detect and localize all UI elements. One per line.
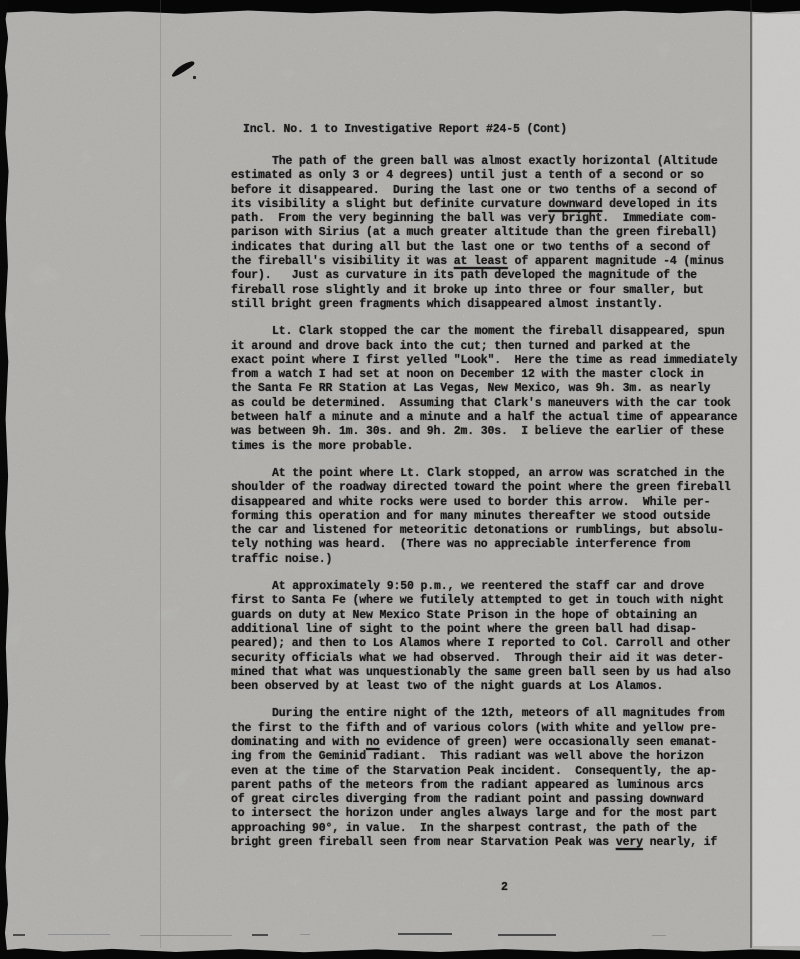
text-line: of great circles diverging from the radi… bbox=[231, 793, 755, 807]
text-segment: before it disappeared. During the last o… bbox=[231, 184, 717, 197]
text-segment: the fireball's visibility it was bbox=[231, 255, 454, 268]
text-segment: as could be determined. Assuming that Cl… bbox=[231, 397, 731, 410]
document-header: Incl. No. 1 to Investigative Report #24-… bbox=[243, 123, 567, 136]
text-segment: traffic noise.) bbox=[231, 553, 332, 566]
text-line: disappeared and white rocks were used to… bbox=[231, 496, 755, 510]
text-line: the car and listened for meteoritic deto… bbox=[231, 524, 755, 538]
text-line: to intersect the horizon under angles al… bbox=[231, 807, 755, 821]
ink-blot-mark bbox=[171, 61, 199, 83]
text-line: traffic noise.) bbox=[231, 553, 755, 567]
text-segment: guards on duty at New Mexico State Priso… bbox=[231, 609, 697, 622]
scan-dash bbox=[140, 935, 232, 936]
text-segment: even at the time of the Starvation Peak … bbox=[231, 765, 717, 778]
text-segment: mined that what was unquestionably the s… bbox=[231, 666, 731, 679]
text-line: still bright green fragments which disap… bbox=[231, 298, 755, 312]
text-segment: At approximately 9:50 p.m., we reentered… bbox=[272, 580, 704, 593]
text-segment: the Santa Fe RR Station at Las Vegas, Ne… bbox=[231, 382, 710, 395]
scan-dash bbox=[652, 935, 666, 936]
text-segment: from a watch I had set at noon on Decemb… bbox=[231, 368, 704, 381]
text-line: additional line of sight to the point wh… bbox=[231, 623, 755, 637]
text-line: estimated as only 3 or 4 degrees) until … bbox=[231, 169, 755, 183]
page-number: 2 bbox=[501, 881, 508, 894]
text-line: between half a minute and a minute and a… bbox=[231, 411, 755, 425]
text-segment: times is the more probable. bbox=[231, 440, 413, 453]
text-segment: evidence of green) were occasionally see… bbox=[380, 736, 718, 749]
scan-edge-top bbox=[0, 0, 800, 15]
text-line: mined that what was unquestionably the s… bbox=[231, 666, 755, 680]
text-line: times is the more probable. bbox=[231, 440, 755, 454]
text-segment: bright green fireball seen from near Sta… bbox=[231, 836, 616, 849]
text-segment: ing from the Geminid radiant. This radia… bbox=[231, 750, 704, 763]
text-segment: The path of the green ball was almost ex… bbox=[272, 155, 718, 168]
scan-dash bbox=[398, 933, 452, 935]
paragraph: The path of the green ball was almost ex… bbox=[231, 155, 755, 312]
text-segment: four). Just as curvature in its path dev… bbox=[231, 269, 697, 282]
text-segment: shoulder of the roadway directed toward … bbox=[231, 481, 731, 494]
text-line: security officials what we had observed.… bbox=[231, 652, 755, 666]
text-line: exact point where I first yelled "Look".… bbox=[231, 354, 755, 368]
text-segment: disappeared and white rocks were used to… bbox=[231, 496, 710, 509]
text-segment: fireball rose slightly and it broke up i… bbox=[231, 284, 704, 297]
text-line: tely nothing was heard. (There was no ap… bbox=[231, 538, 755, 552]
text-block: The path of the green ball was almost ex… bbox=[231, 155, 755, 863]
text-segment: Lt. Clark stopped the car the moment the… bbox=[272, 325, 724, 338]
text-line: peared); and then to Los Alamos where I … bbox=[231, 637, 755, 651]
text-segment: approaching 90°, in value. In the sharpe… bbox=[231, 822, 697, 835]
text-segment: to intersect the horizon under angles al… bbox=[231, 807, 717, 820]
page-edge-strip bbox=[753, 14, 800, 946]
text-segment: first to Santa Fe (where we futilely att… bbox=[231, 594, 724, 607]
scan-dash bbox=[13, 934, 25, 936]
text-segment: tely nothing was heard. (There was no ap… bbox=[231, 538, 690, 551]
text-segment: exact point where I first yelled "Look".… bbox=[231, 354, 737, 367]
text-segment: of apparent magnitude -4 (minus bbox=[508, 255, 724, 268]
text-line: it around and drove back into the cut; t… bbox=[231, 340, 755, 354]
text-line: At approximately 9:50 p.m., we reentered… bbox=[231, 580, 755, 594]
text-line: Lt. Clark stopped the car the moment the… bbox=[231, 325, 755, 339]
text-segment: dominating and with bbox=[231, 736, 366, 749]
text-line: indicates that during all but the last o… bbox=[231, 241, 755, 255]
text-segment: developed in its bbox=[602, 198, 717, 211]
text-segment: the car and listened for meteoritic deto… bbox=[231, 524, 724, 537]
underlined-text: very bbox=[616, 836, 643, 849]
text-segment: estimated as only 3 or 4 degrees) until … bbox=[231, 169, 704, 182]
scan-edge-bottom bbox=[0, 946, 800, 959]
text-segment: During the entire night of the 12th, met… bbox=[272, 707, 724, 720]
text-line: path. From the very beginning the ball w… bbox=[231, 212, 755, 226]
text-line: as could be determined. Assuming that Cl… bbox=[231, 397, 755, 411]
text-segment: between half a minute and a minute and a… bbox=[231, 411, 737, 424]
paragraph: During the entire night of the 12th, met… bbox=[231, 707, 755, 850]
text-segment: of great circles diverging from the radi… bbox=[231, 793, 704, 806]
text-line: the first to the fifth and of various co… bbox=[231, 722, 755, 736]
text-line: During the entire night of the 12th, met… bbox=[231, 707, 755, 721]
text-segment: parison with Sirius (at a much greater a… bbox=[231, 226, 717, 239]
underlined-text: downward bbox=[548, 198, 602, 211]
text-line: ing from the Geminid radiant. This radia… bbox=[231, 750, 755, 764]
text-segment: parent paths of the meteors from the rad… bbox=[231, 779, 704, 792]
text-line: from a watch I had set at noon on Decemb… bbox=[231, 368, 755, 382]
text-line: four). Just as curvature in its path dev… bbox=[231, 269, 755, 283]
text-line: approaching 90°, in value. In the sharpe… bbox=[231, 822, 755, 836]
text-segment: it around and drove back into the cut; t… bbox=[231, 340, 690, 353]
text-line: even at the time of the Starvation Peak … bbox=[231, 765, 755, 779]
text-line: At the point where Lt. Clark stopped, an… bbox=[231, 467, 755, 481]
text-line: its visibility a slight but definite cur… bbox=[231, 198, 755, 212]
text-line: bright green fireball seen from near Sta… bbox=[231, 836, 755, 850]
text-segment: been observed by at least two of the nig… bbox=[231, 680, 663, 693]
paragraph: Lt. Clark stopped the car the moment the… bbox=[231, 325, 755, 454]
text-segment: forming this operation and for many minu… bbox=[231, 510, 710, 523]
text-segment: indicates that during all but the last o… bbox=[231, 241, 710, 254]
scan-dash bbox=[48, 934, 110, 935]
text-line: The path of the green ball was almost ex… bbox=[231, 155, 755, 169]
text-line: parison with Sirius (at a much greater a… bbox=[231, 226, 755, 240]
scan-edge-left bbox=[0, 0, 9, 952]
text-line: parent paths of the meteors from the rad… bbox=[231, 779, 755, 793]
text-segment: peared); and then to Los Alamos where I … bbox=[231, 637, 731, 650]
text-segment: path. From the very beginning the ball w… bbox=[231, 212, 717, 225]
text-line: been observed by at least two of the nig… bbox=[231, 680, 755, 694]
text-line: before it disappeared. During the last o… bbox=[231, 184, 755, 198]
text-segment: was between 9h. 1m. 30s. and 9h. 2m. 30s… bbox=[231, 425, 724, 438]
text-segment: still bright green fragments which disap… bbox=[231, 298, 663, 311]
paragraph: At the point where Lt. Clark stopped, an… bbox=[231, 467, 755, 567]
text-line: the Santa Fe RR Station at Las Vegas, Ne… bbox=[231, 382, 755, 396]
text-line: first to Santa Fe (where we futilely att… bbox=[231, 594, 755, 608]
text-line: was between 9h. 1m. 30s. and 9h. 2m. 30s… bbox=[231, 425, 755, 439]
text-segment: nearly, if bbox=[643, 836, 717, 849]
text-segment: the first to the fifth and of various co… bbox=[231, 722, 717, 735]
scan-dash bbox=[252, 934, 268, 936]
text-line: fireball rose slightly and it broke up i… bbox=[231, 284, 755, 298]
text-segment: its visibility a slight but definite cur… bbox=[231, 198, 548, 211]
text-segment: security officials what we had observed.… bbox=[231, 652, 724, 665]
scan-dash bbox=[498, 934, 556, 936]
underlined-text: at least bbox=[454, 255, 508, 268]
faint-margin-line bbox=[160, 0, 161, 948]
text-line: forming this operation and for many minu… bbox=[231, 510, 755, 524]
text-segment: At the point where Lt. Clark stopped, an… bbox=[272, 467, 724, 480]
text-line: the fireball's visibility it was at leas… bbox=[231, 255, 755, 269]
underlined-text: no bbox=[366, 736, 380, 749]
paragraph: At approximately 9:50 p.m., we reentered… bbox=[231, 580, 755, 694]
scanned-document-page: Incl. No. 1 to Investigative Report #24-… bbox=[0, 0, 800, 959]
text-line: guards on duty at New Mexico State Priso… bbox=[231, 609, 755, 623]
text-segment: additional line of sight to the point wh… bbox=[231, 623, 697, 636]
text-line: dominating and with no evidence of green… bbox=[231, 736, 755, 750]
text-line: shoulder of the roadway directed toward … bbox=[231, 481, 755, 495]
scan-dash bbox=[300, 934, 310, 935]
